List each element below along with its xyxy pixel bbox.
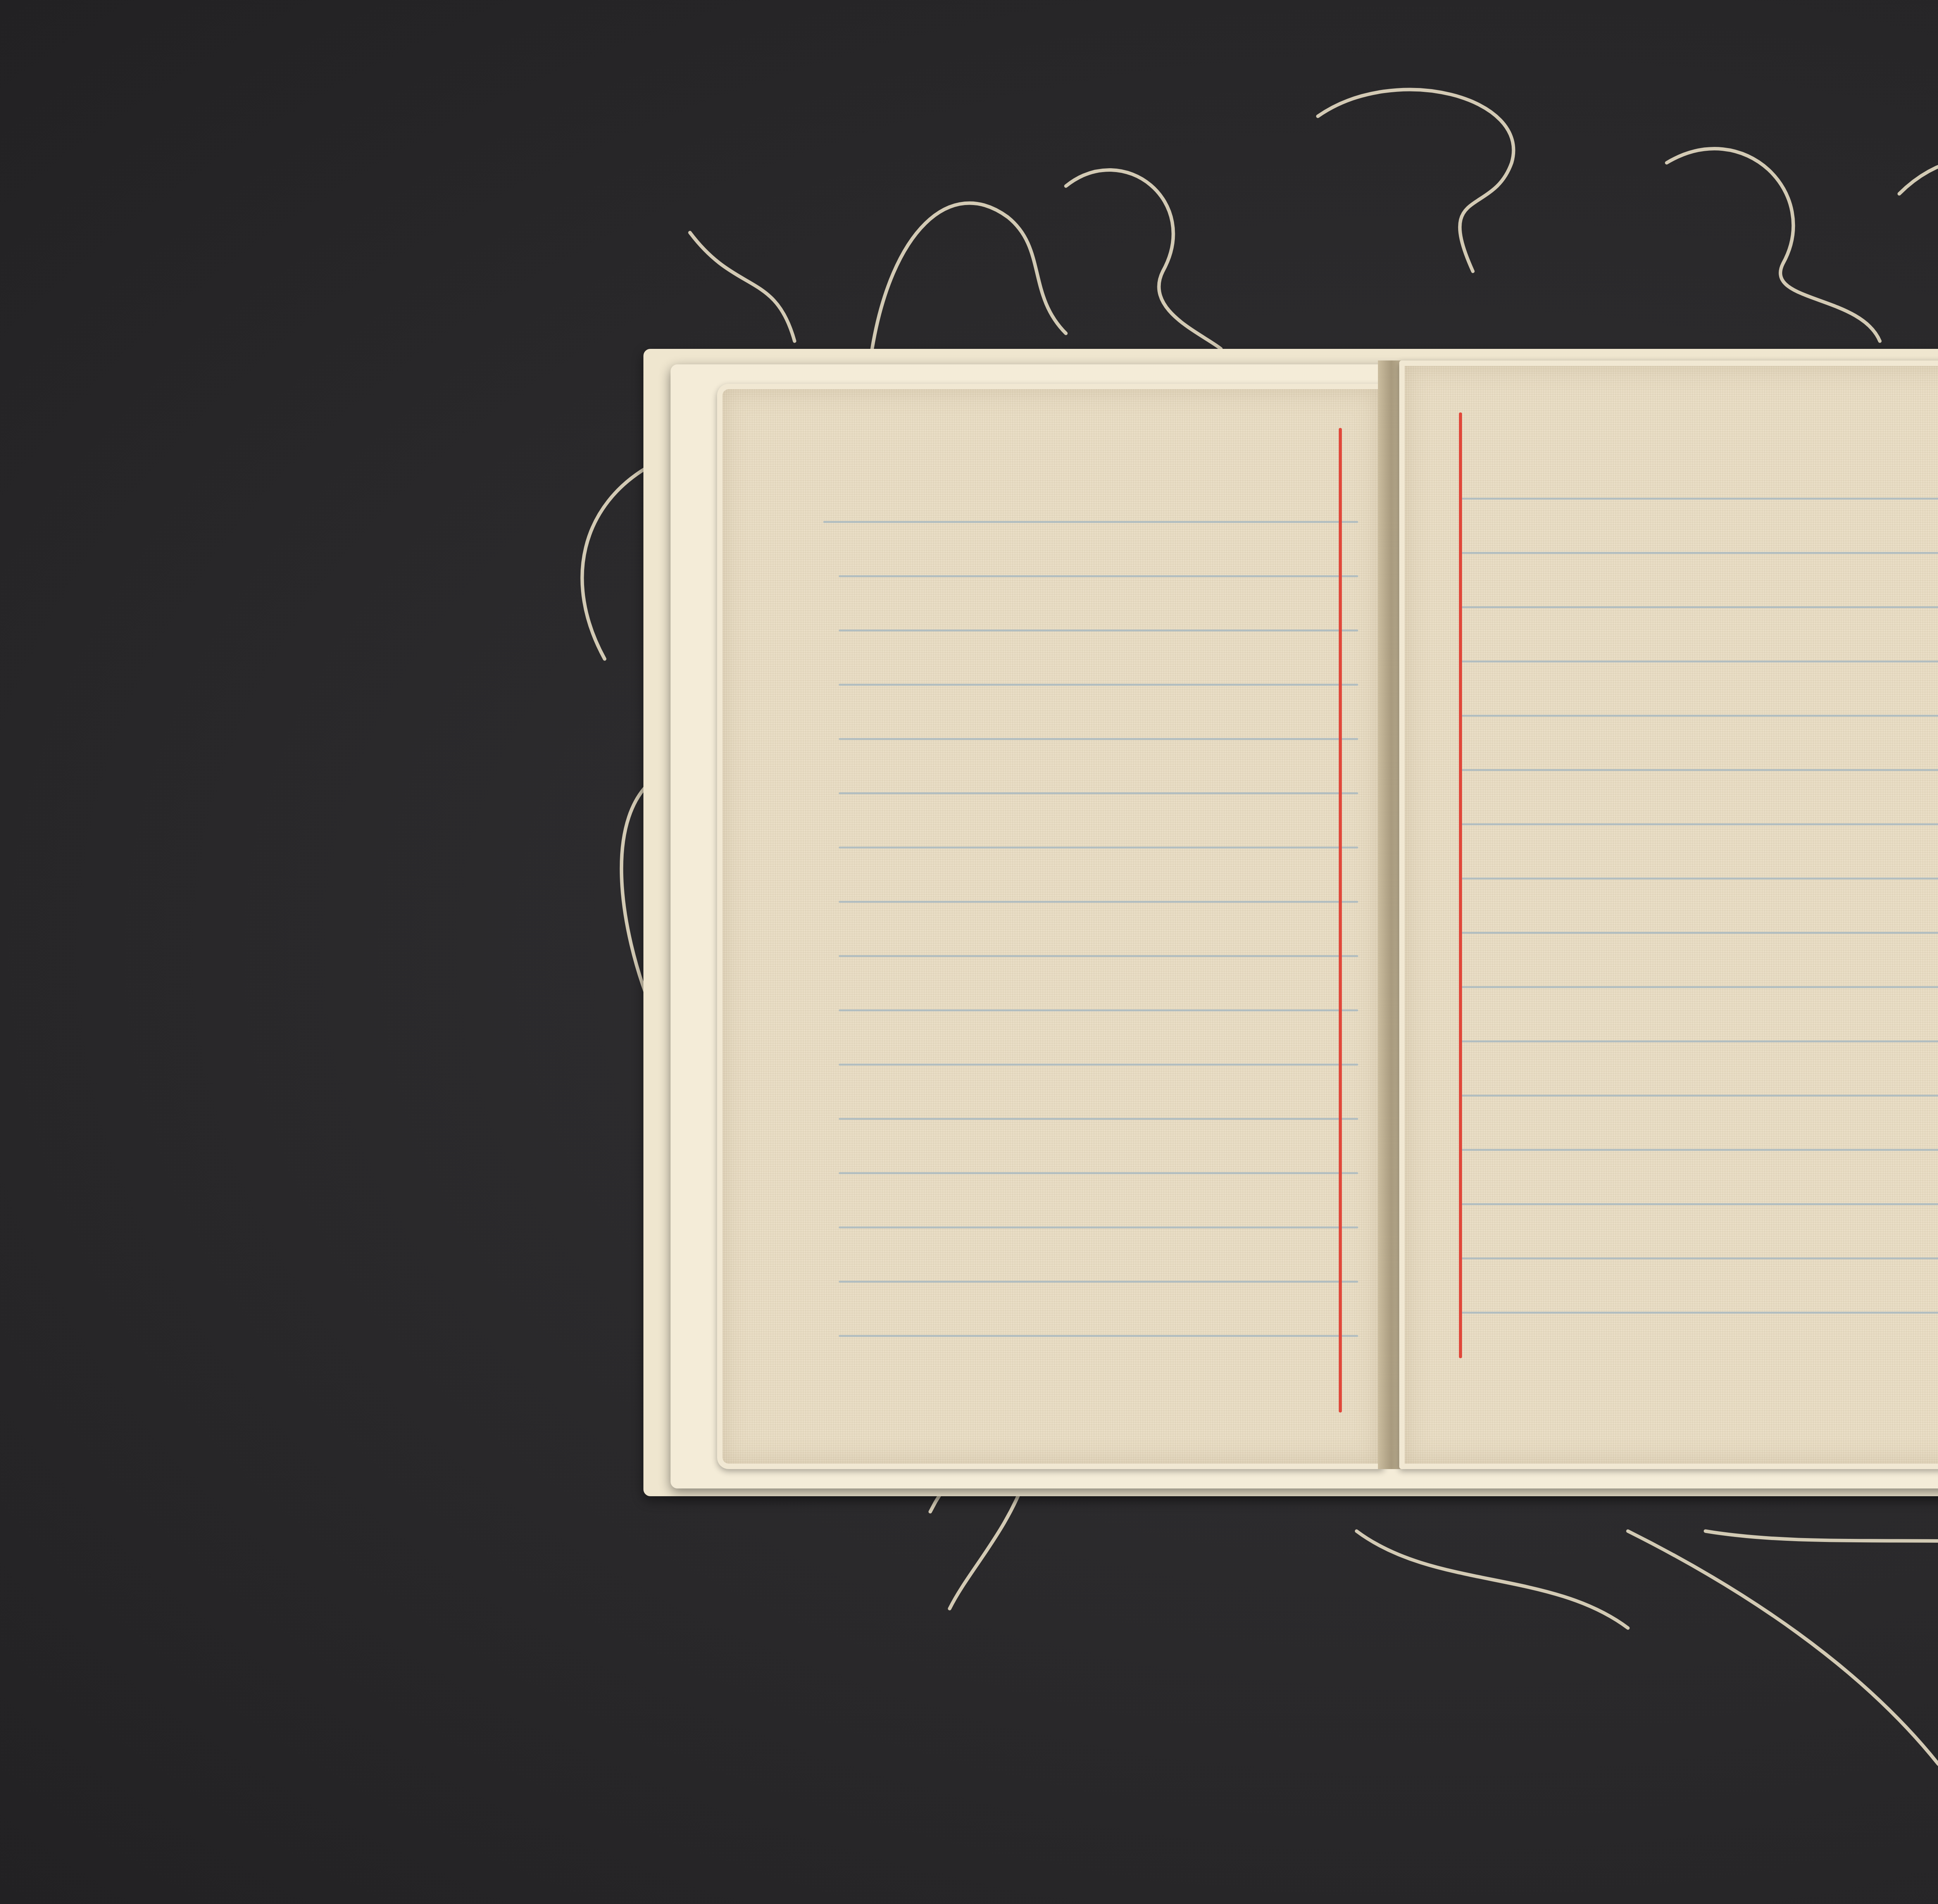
ruled-line: [1459, 878, 1938, 880]
ruled-line: [1459, 552, 1938, 554]
ruled-line: [839, 1226, 1358, 1228]
right-page: [1399, 360, 1938, 1469]
ruled-line: [1459, 1040, 1938, 1042]
ruled-line: [1459, 986, 1938, 988]
left-page: [717, 384, 1384, 1469]
red-margin-stitch: [1339, 428, 1342, 1412]
ruled-line: [839, 955, 1358, 957]
ruled-line: [839, 1118, 1358, 1120]
ruled-line: [1459, 769, 1938, 771]
ruled-line: [839, 1009, 1358, 1011]
ruled-line: [1459, 1203, 1938, 1205]
ruled-line: [1459, 606, 1938, 608]
ruled-line: [839, 1281, 1358, 1283]
red-margin-stitch: [1459, 412, 1462, 1358]
ruled-line: [839, 629, 1358, 631]
ruled-line: [1459, 1149, 1938, 1151]
ruled-line: [839, 738, 1358, 740]
open-canvas-book: [628, 326, 1938, 1535]
ruled-line: [1459, 1312, 1938, 1314]
ruled-line: [1459, 661, 1938, 662]
ruled-line: [1459, 1095, 1938, 1097]
ruled-line: [839, 575, 1358, 577]
ruled-line: [839, 684, 1358, 686]
ruled-line: [839, 1335, 1358, 1337]
ruled-line: [839, 1172, 1358, 1174]
ruled-line: [839, 901, 1358, 903]
ruled-line: [839, 847, 1358, 849]
ruled-line: [1459, 498, 1938, 500]
ruled-line: [839, 1064, 1358, 1066]
ruled-line: [1459, 823, 1938, 825]
ruled-line: [1459, 932, 1938, 934]
ruled-line: [823, 521, 1358, 523]
ruled-line: [1459, 715, 1938, 717]
ruled-line: [1459, 1257, 1938, 1259]
ruled-line: [839, 792, 1358, 794]
